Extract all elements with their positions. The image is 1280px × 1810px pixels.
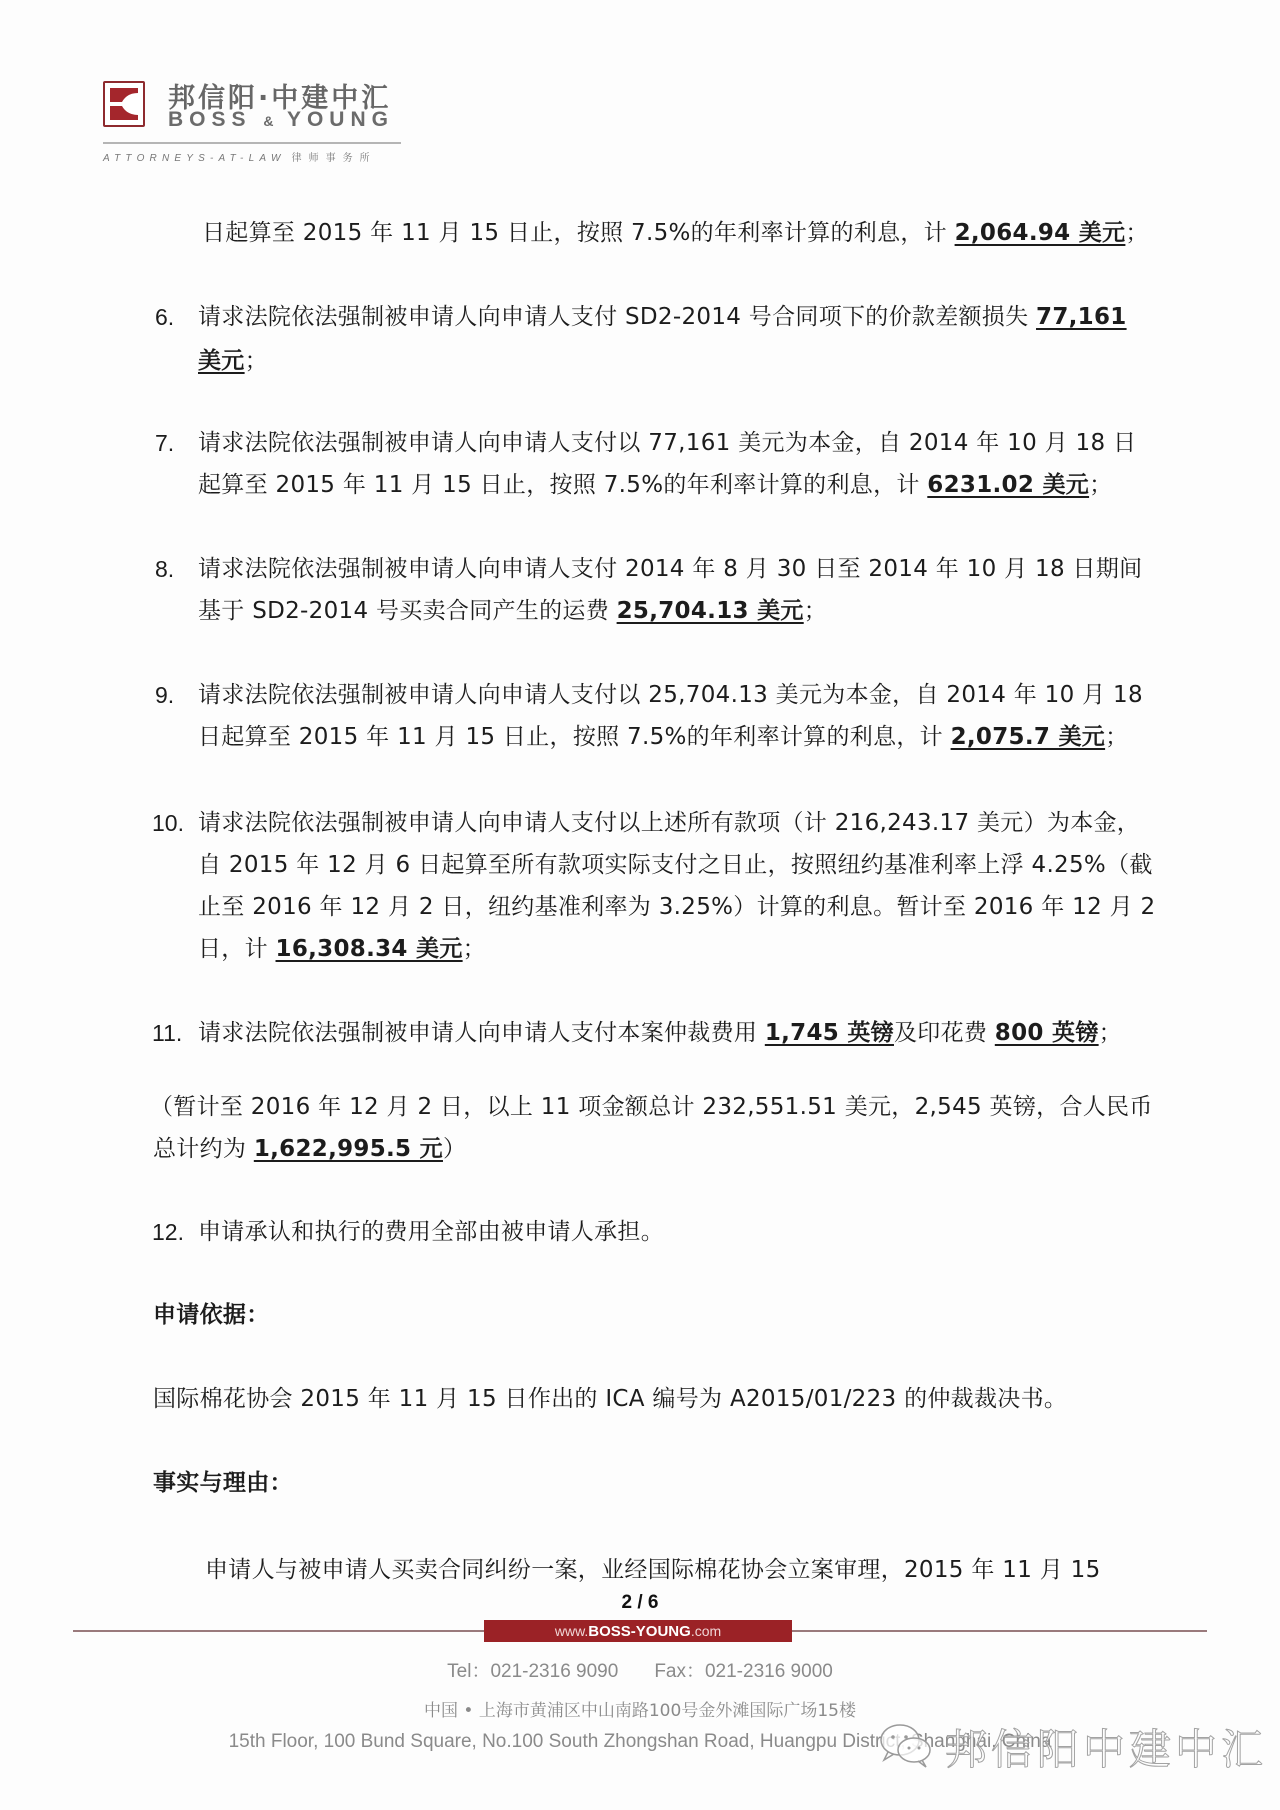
text: ； bbox=[463, 936, 486, 962]
amount: 美元 bbox=[198, 348, 245, 374]
text: 及印花费 bbox=[894, 1020, 995, 1046]
logo-mark bbox=[103, 81, 145, 127]
amount: 6231.02 美元 bbox=[927, 472, 1089, 498]
text: ； bbox=[1125, 220, 1148, 246]
text: ； bbox=[804, 598, 827, 624]
item-6-line-2: 美元； bbox=[198, 346, 268, 376]
item-10-line-2: 自 2015 年 12 月 6 日起算至所有款项实际支付之日止，按照纽约基准利率… bbox=[198, 850, 1153, 880]
text: 基于 SD2-2014 号买卖合同产生的运费 bbox=[198, 598, 617, 624]
website-prefix: www. bbox=[555, 1623, 588, 1639]
item-number: 6. bbox=[155, 302, 174, 332]
watermark-text: 邦信阳中建中汇 bbox=[945, 1717, 1267, 1777]
item-9-line-2: 日起算至 2015 年 11 月 15 日止，按照 7.5%的年利率计算的利息，… bbox=[198, 722, 1128, 752]
amount: 800 英镑 bbox=[995, 1020, 1099, 1046]
logo-tagline: ATTORNEYS-AT-LAW律师事务所 bbox=[103, 149, 377, 164]
logo-en-boss: BOSS bbox=[168, 108, 252, 131]
website-suffix: .com bbox=[691, 1623, 721, 1639]
item-number: 11. bbox=[152, 1018, 182, 1048]
section-heading-basis: 申请依据： bbox=[153, 1300, 270, 1330]
item-12-line-1: 申请承认和执行的费用全部由被申请人承担。 bbox=[198, 1217, 664, 1247]
amount: 2,075.7 美元 bbox=[951, 724, 1106, 750]
text: 请求法院依法强制被申请人向申请人支付 SD2-2014 号合同项下的价款差额损失 bbox=[198, 304, 1036, 330]
tagline-en: ATTORNEYS-AT-LAW bbox=[103, 153, 286, 164]
logo-english-name: BOSS & YOUNG bbox=[168, 108, 394, 132]
logo-divider bbox=[103, 142, 401, 144]
website-domain: BOSS-YOUNG bbox=[588, 1623, 691, 1640]
amount: 25,704.13 美元 bbox=[617, 598, 804, 624]
text: ； bbox=[245, 348, 268, 374]
logo-k-icon bbox=[105, 83, 143, 125]
fax: Fax：021-2316 9000 bbox=[654, 1661, 833, 1682]
item-9-line-1: 请求法院依法强制被申请人向申请人支付以 25,704.13 美元为本金，自 20… bbox=[198, 680, 1143, 710]
total-rmb-amount: 1,622,995.5 元 bbox=[254, 1136, 443, 1162]
text: 总计约为 bbox=[153, 1136, 254, 1162]
item-8-line-1: 请求法院依法强制被申请人向申请人支付 2014 年 8 月 30 日至 2014… bbox=[198, 554, 1142, 584]
text: ； bbox=[1089, 472, 1112, 498]
basis-text: 国际棉花协会 2015 年 11 月 15 日作出的 ICA 编号为 A2015… bbox=[153, 1384, 1067, 1414]
section-heading-facts: 事实与理由： bbox=[153, 1468, 293, 1498]
item-number: 9. bbox=[155, 680, 174, 710]
item-6-line-1: 请求法院依法强制被申请人向申请人支付 SD2-2014 号合同项下的价款差额损失… bbox=[198, 302, 1127, 332]
text: ； bbox=[1105, 724, 1128, 750]
amount: 16,308.34 美元 bbox=[276, 936, 463, 962]
logo-en-young: YOUNG bbox=[287, 108, 394, 131]
item-10-line-1: 请求法院依法强制被申请人向申请人支付以上述所有款项（计 216,243.17 美… bbox=[198, 808, 1140, 838]
amount: 77,161 bbox=[1036, 304, 1127, 330]
item-5-continuation: 日起算至 2015 年 11 月 15 日止，按照 7.5%的年利率计算的利息，… bbox=[202, 218, 1149, 248]
summary-line-2: 总计约为 1,622,995.5 元） bbox=[153, 1134, 466, 1164]
text: 日起算至 2015 年 11 月 15 日止，按照 7.5%的年利率计算的利息，… bbox=[198, 724, 951, 750]
item-10-line-4: 日，计 16,308.34 美元； bbox=[198, 934, 486, 964]
item-7-line-2: 起算至 2015 年 11 月 15 日止，按照 7.5%的年利率计算的利息，计… bbox=[198, 470, 1112, 500]
item-7-line-1: 请求法院依法强制被申请人向申请人支付以 77,161 美元为本金，自 2014 … bbox=[198, 428, 1136, 458]
item-number: 7. bbox=[155, 428, 174, 458]
facts-text: 申请人与被申请人买卖合同纠纷一案，业经国际棉花协会立案审理，2015 年 11 … bbox=[205, 1555, 1101, 1585]
tel: Tel：021-2316 9090 bbox=[447, 1661, 618, 1682]
item-number: 8. bbox=[155, 554, 174, 584]
tagline-cn: 律师事务所 bbox=[292, 153, 377, 164]
item-number: 12. bbox=[152, 1217, 184, 1247]
page-number: 2 / 6 bbox=[0, 1592, 1280, 1614]
footer-contact: Tel：021-2316 9090Fax：021-2316 9000 bbox=[0, 1656, 1280, 1683]
item-8-line-2: 基于 SD2-2014 号买卖合同产生的运费 25,704.13 美元； bbox=[198, 596, 827, 626]
text: ； bbox=[1099, 1020, 1122, 1046]
amount: 2,064.94 美元 bbox=[955, 220, 1126, 246]
text: 起算至 2015 年 11 月 15 日止，按照 7.5%的年利率计算的利息，计 bbox=[198, 472, 927, 498]
wechat-icon bbox=[878, 1720, 934, 1772]
text: 日，计 bbox=[198, 936, 276, 962]
item-10-line-3: 止至 2016 年 12 月 2 日，纽约基准利率为 3.25%）计算的利息。暂… bbox=[198, 892, 1155, 922]
text: 日起算至 2015 年 11 月 15 日止，按照 7.5%的年利率计算的利息，… bbox=[202, 220, 955, 246]
text: 请求法院依法强制被申请人向申请人支付本案仲裁费用 bbox=[198, 1020, 765, 1046]
logo-en-amp: & bbox=[263, 113, 275, 129]
text: ） bbox=[443, 1136, 466, 1162]
item-number: 10. bbox=[152, 808, 184, 838]
item-11-line-1: 请求法院依法强制被申请人向申请人支付本案仲裁费用 1,745 英镑及印花费 80… bbox=[198, 1018, 1122, 1048]
footer-website-band: www.BOSS-YOUNG.com bbox=[484, 1620, 792, 1642]
amount: 1,745 英镑 bbox=[765, 1020, 894, 1046]
summary-line-1: （暂计至 2016 年 12 月 2 日，以上 11 项金额总计 232,551… bbox=[150, 1092, 1153, 1122]
